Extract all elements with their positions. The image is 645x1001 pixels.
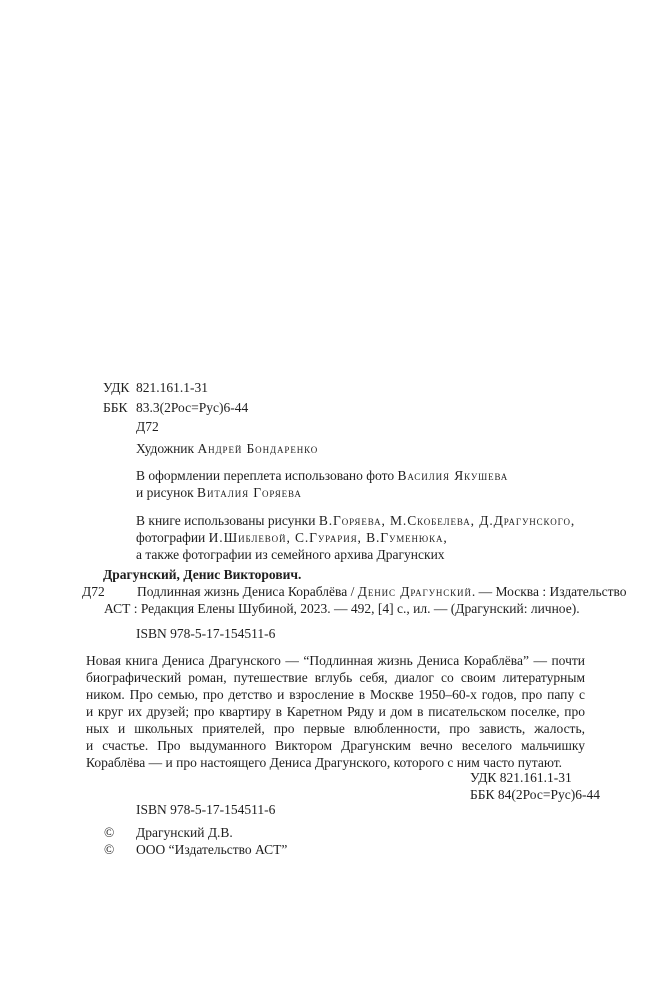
artist-name: Андрей Бондаренко — [197, 441, 318, 456]
cover-credit-line2: и рисунок Виталия Горяева — [136, 484, 508, 501]
annotation-line: Новая книга Дениса Драгунского — “Подлин… — [86, 652, 585, 669]
cover-credit-block: В оформлении переплета использовано фото… — [136, 467, 508, 501]
udk-label: УДК — [103, 378, 136, 398]
illustrations-credit-block: В книге использованы рисунки В.Горяева, … — [136, 512, 575, 563]
cover-photo-author-name: Василия Якушева — [397, 468, 508, 483]
copyright-holder: ООО “Издательство АСТ” — [136, 841, 287, 858]
bib-author-sign: Д72 — [82, 583, 137, 600]
illustrations-credit-line2-text: фотографии — [136, 530, 209, 545]
cover-credit-line2-text: и рисунок — [136, 485, 197, 500]
bib-title-tail: . — Москва : Издательство — [472, 584, 627, 599]
annotation-line: биографический роман, путешествие вглубь… — [86, 669, 585, 686]
bib-author-header: Драгунский, Денис Викторович. — [103, 566, 586, 583]
classification-top-block: УДК 821.161.1-31 ББК 83.3(2Рос=Рус)6-44 … — [103, 378, 248, 437]
bib-imprint-line: АСТ : Редакция Елены Шубиной, 2023. — 49… — [104, 600, 586, 617]
copyright-symbol: © — [104, 824, 136, 841]
author-sign-spacer — [103, 417, 136, 437]
artist-credit-prefix: Художник — [136, 441, 197, 456]
book-imprint-page: УДК 821.161.1-31 ББК 83.3(2Рос=Рус)6-44 … — [0, 0, 645, 1001]
udk-row: УДК 821.161.1-31 — [103, 378, 248, 398]
bbk-row: ББК 83.3(2Рос=Рус)6-44 — [103, 398, 248, 418]
bib-title-line: Д72Подлинная жизнь Дениса Кораблёва / Де… — [82, 583, 586, 600]
bbk-bottom-line: ББК 84(2Рос=Рус)6-44 — [470, 786, 600, 803]
cover-credit-line1: В оформлении переплета использовано фото… — [136, 467, 508, 484]
author-sign-row: Д72 — [103, 417, 248, 437]
photographers-names: И.Шиблевой, С.Гурария, В.Гуменюка, — [209, 530, 448, 545]
annotation-line: и круг их друзей; про квартиру в Каретно… — [86, 703, 585, 720]
artist-credit-line: Художник Андрей Бондаренко — [136, 440, 318, 457]
cover-credit-line1-text: В оформлении переплета использовано фото — [136, 468, 397, 483]
isbn-top: ISBN 978-5-17-154511-6 — [136, 625, 275, 642]
illustrations-credit-line1-text: В книге использованы рисунки — [136, 513, 319, 528]
bib-title-author: Денис Драгунский — [358, 584, 472, 599]
author-sign: Д72 — [136, 417, 159, 437]
annotation-paragraph: Новая книга Дениса Драгунского — “Подлин… — [86, 652, 585, 771]
classification-bottom-block: УДК 821.161.1-31 ББК 84(2Рос=Рус)6-44 — [470, 769, 600, 803]
annotation-line: ных и школьных приятелей, про первые влю… — [86, 720, 585, 737]
udk-bottom-line: УДК 821.161.1-31 — [470, 769, 600, 786]
illustrators-names: В.Горяева, М.Скобелева, Д.Драгунского, — [319, 513, 575, 528]
bbk-label: ББК — [103, 398, 136, 418]
bib-title-text: Подлинная жизнь Дениса Кораблёва / — [137, 584, 358, 599]
copyright-row: © Драгунский Д.В. — [104, 824, 287, 841]
bibliographic-entry: Драгунский, Денис Викторович. Д72Подлинн… — [82, 566, 586, 617]
cover-drawing-author-name: Виталия Горяева — [197, 485, 302, 500]
annotation-line: ником. Про семью, про детство и взрослен… — [86, 686, 585, 703]
annotation-line: и счастье. Про выдуманного Виктором Драг… — [86, 737, 585, 754]
copyright-row: © ООО “Издательство АСТ” — [104, 841, 287, 858]
illustrations-credit-line2: фотографии И.Шиблевой, С.Гурария, В.Гуме… — [136, 529, 575, 546]
illustrations-credit-line3: а также фотографии из семейного архива Д… — [136, 546, 575, 563]
illustrations-credit-line1: В книге использованы рисунки В.Горяева, … — [136, 512, 575, 529]
bbk-value: 83.3(2Рос=Рус)6-44 — [136, 398, 248, 418]
copyright-holder: Драгунский Д.В. — [136, 824, 233, 841]
copyright-block: © Драгунский Д.В. © ООО “Издательство АС… — [104, 824, 287, 858]
copyright-symbol: © — [104, 841, 136, 858]
udk-value: 821.161.1-31 — [136, 378, 208, 398]
isbn-bottom: ISBN 978-5-17-154511-6 — [136, 801, 275, 818]
